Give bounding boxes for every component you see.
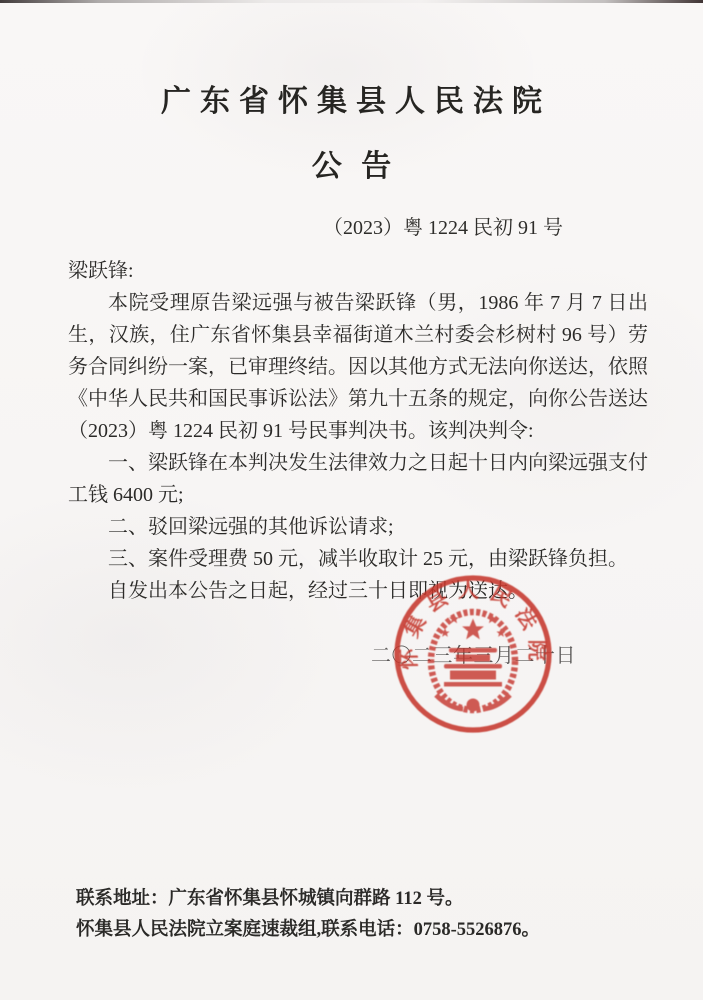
paragraph-case-summary: 本院受理原告梁远强与被告梁跃锋（男，1986 年 7 月 7 日出生，汉族，住广… — [68, 287, 648, 447]
court-seal-icon: 怀集县人民法院 — [387, 568, 559, 740]
paragraph-judgment-item-1: 一、梁跃锋在本判决发生法律效力之日起十日内向梁远强支付工钱 6400 元; — [68, 447, 648, 511]
announcement-body: 梁跃锋: 本院受理原告梁远强与被告梁跃锋（男，1986 年 7 月 7 日出生，… — [68, 255, 648, 607]
addressee-salutation: 梁跃锋: — [68, 255, 648, 287]
national-emblem-icon — [431, 612, 515, 712]
paragraph-judgment-item-3: 三、案件受理费 50 元，减半收取计 25 元，由梁跃锋负担。 — [68, 543, 648, 575]
scan-edge-artifact — [0, 0, 703, 3]
footer-address-line: 联系地址：广东省怀集县怀城镇向群路 112 号。 — [76, 884, 540, 915]
document-type-title: 公 告 — [0, 141, 703, 185]
footer-contact-block: 联系地址：广东省怀集县怀城镇向群路 112 号。 怀集县人民法院立案庭速裁组,联… — [76, 884, 540, 946]
official-seal: 怀集县人民法院 — [387, 568, 559, 740]
court-name-title: 广东省怀集县人民法院 — [0, 76, 703, 120]
case-number: （2023）粤 1224 民初 91 号 — [0, 211, 563, 240]
court-announcement-page: 广东省怀集县人民法院 公 告 （2023）粤 1224 民初 91 号 梁跃锋:… — [0, 0, 703, 1000]
footer-contact-line: 怀集县人民法院立案庭速裁组,联系电话：0758-5526876。 — [76, 915, 540, 946]
paragraph-judgment-item-2: 二、驳回梁远强的其他诉讼请求; — [68, 511, 648, 543]
paragraph-service-deadline: 自发出本公告之日起，经过三十日即视为送达。 — [68, 575, 648, 607]
